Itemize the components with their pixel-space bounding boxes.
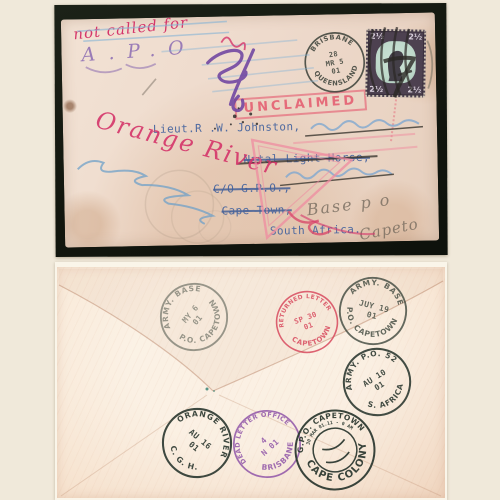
blue-manuscript-crossed-1 xyxy=(305,119,423,136)
red-co-squiggle xyxy=(221,37,245,50)
envelope-front: not called for A.P.O UNCLAIMED Lieut.R .… xyxy=(61,12,439,247)
postmark-swash xyxy=(322,439,346,452)
pencil-slash xyxy=(142,79,156,95)
cover-back-photo: ARMY. BASE P.O. CAPETOWN MY 6 01 RETURNE… xyxy=(55,262,447,500)
blue-flourish-bottom-left xyxy=(78,159,213,227)
front-scribbles-overlay xyxy=(61,12,439,247)
album-page: not called for A.P.O UNCLAIMED Lieut.R .… xyxy=(0,0,500,500)
blue-crayon-strikes xyxy=(77,20,318,95)
partial-cds-arc xyxy=(427,40,432,88)
red-squiggle xyxy=(289,210,331,234)
violet-scribble xyxy=(207,50,254,111)
cover-front-photo: not called for A.P.O UNCLAIMED Lieut.R .… xyxy=(54,3,447,257)
postmark-swash xyxy=(325,452,350,465)
teal-speck xyxy=(206,388,209,391)
blue-manuscript-crossed-2 xyxy=(280,168,394,186)
postmark-date: 01 xyxy=(366,310,378,321)
envelope-back: ARMY. BASE P.O. CAPETOWN MY 6 01 RETURNE… xyxy=(57,267,445,498)
violet-underline-swash xyxy=(86,64,156,73)
red-triangle-mark xyxy=(252,134,419,238)
